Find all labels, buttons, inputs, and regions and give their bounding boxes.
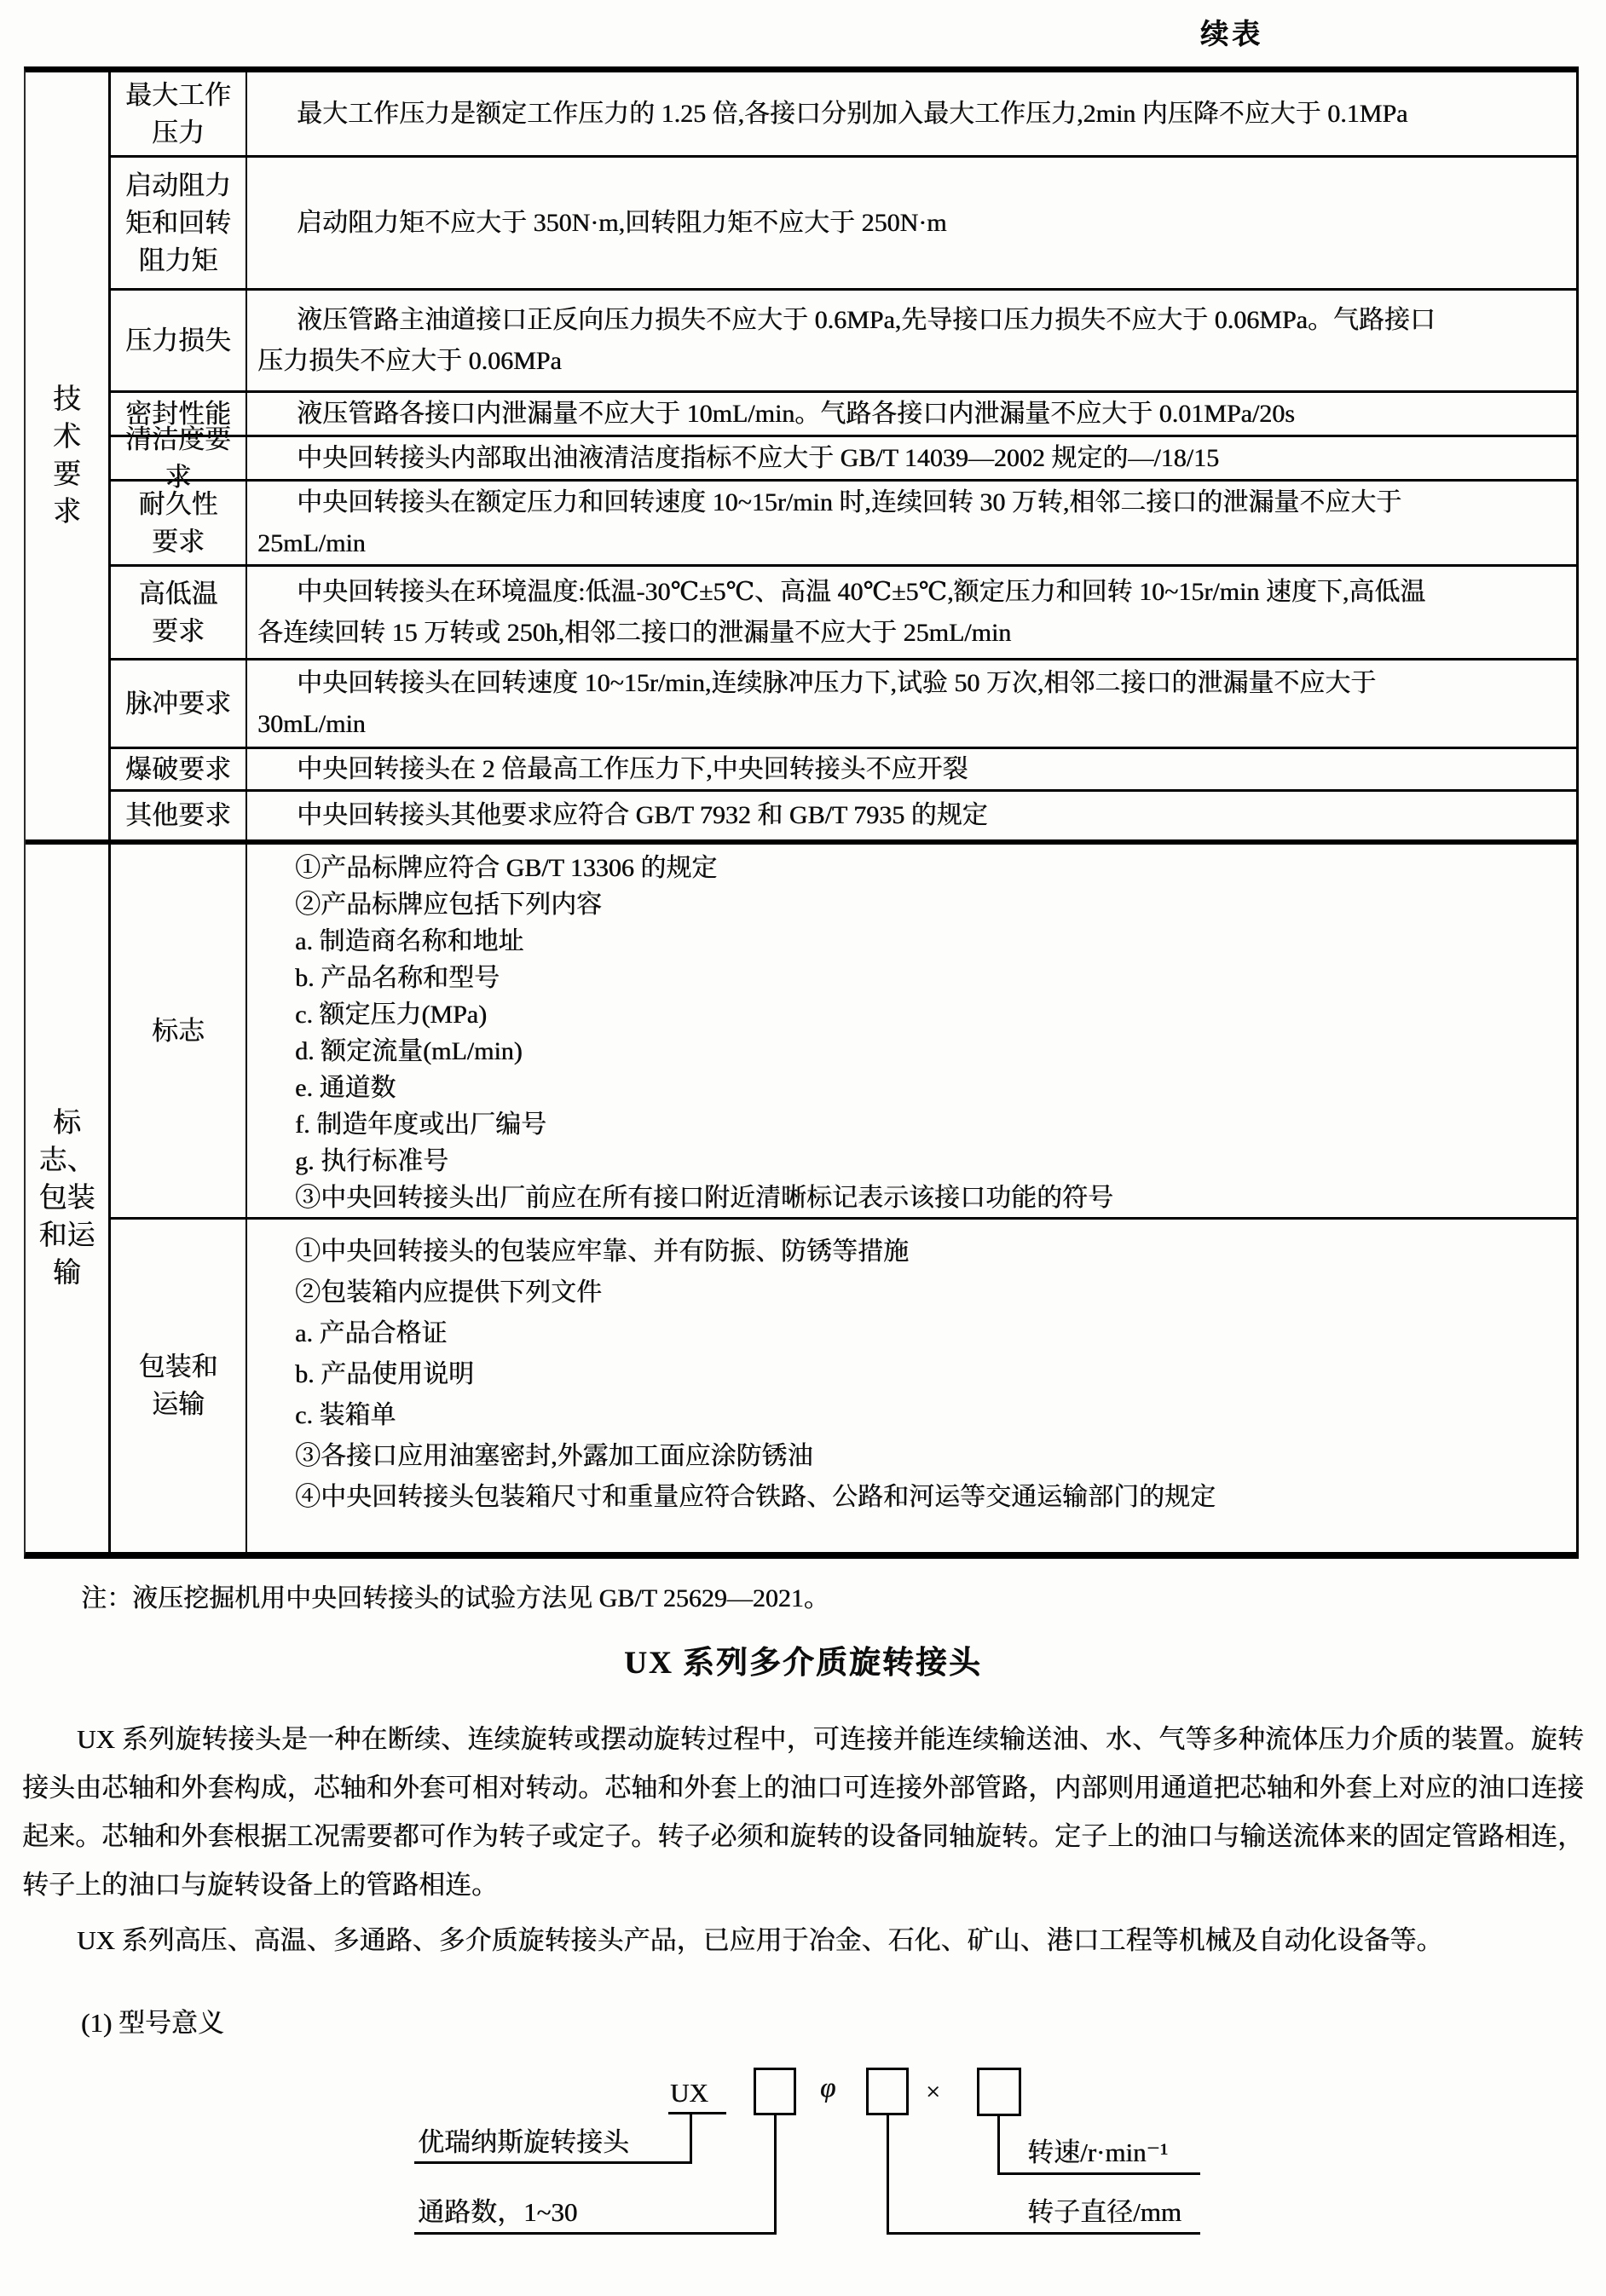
row-content: 最大工作压力是额定工作压力的 1.25 倍,各接口分别加入最大工作压力,2min… — [247, 72, 1576, 155]
row-content: ①中央回转接头的包装应牢靠、并有防振、防锈等措施 ②包装箱内应提供下列文件 a.… — [247, 1220, 1576, 1552]
technical-rows: 最大工作 压力 最大工作压力是额定工作压力的 1.25 倍,各接口分别加入最大工… — [111, 72, 1576, 839]
document-page: 续表 技 术 要 求 最大工作 压力 最大工作压力是额定工作压力的 1.25 倍… — [0, 0, 1606, 2296]
table-row: 密封性能 液压管路各接口内泄漏量不应大于 10mL/min。气路各接口内泄漏量不… — [111, 393, 1576, 437]
times-symbol: × — [926, 2078, 940, 2107]
rotor-diameter-underline — [887, 2232, 1200, 2235]
table-row: 脉冲要求 中央回转接头在回转速度 10~15r/min,连续脉冲压力下,试验 5… — [111, 661, 1576, 749]
row-content: 中央回转接头其他要求应符合 GB/T 7932 和 GB/T 7935 的规定 — [247, 792, 1576, 839]
page-title: UX 系列多介质旋转接头 — [0, 1636, 1606, 1682]
row-content: 中央回转接头在环境温度:低温-30℃±5℃、高温 40℃±5℃,额定压力和回转 … — [247, 567, 1576, 658]
speed-label: 转速/r·min⁻¹ — [1027, 2137, 1168, 2168]
row-label: 最大工作 压力 — [111, 72, 247, 155]
table-row: 其他要求 中央回转接头其他要求应符合 GB/T 7932 和 GB/T 7935… — [111, 792, 1576, 839]
channels-label: 通路数，1~30 — [418, 2197, 577, 2228]
spec-table: 技 术 要 求 最大工作 压力 最大工作压力是额定工作压力的 1.25 倍,各接… — [24, 66, 1579, 1559]
section-technical-requirements: 技 术 要 求 最大工作 压力 最大工作压力是额定工作压力的 1.25 倍,各接… — [26, 72, 1576, 845]
brand-label: 优瑞纳斯旋转接头 — [418, 2127, 629, 2158]
row-content: 中央回转接头内部取出油液清洁度指标不应大于 GB/T 14039—2002 规定… — [247, 437, 1576, 479]
speed-leader-line — [997, 2116, 1000, 2174]
phi-symbol: φ — [820, 2073, 835, 2104]
row-label: 爆破要求 — [111, 749, 247, 789]
channels-leader-line — [774, 2115, 777, 2235]
brand-underline — [414, 2161, 692, 2164]
table-row: 最大工作 压力 最大工作压力是额定工作压力的 1.25 倍,各接口分别加入最大工… — [111, 72, 1576, 158]
rotor-diameter-box — [866, 2068, 909, 2115]
row-content: 中央回转接头在 2 倍最高工作压力下,中央回转接头不应开裂 — [247, 749, 1576, 789]
row-content: ①产品标牌应符合 GB/T 13306 的规定 ②产品标牌应包括下列内容 a. … — [247, 845, 1576, 1217]
table-row: 清洁度要求 中央回转接头内部取出油液清洁度指标不应大于 GB/T 14039—2… — [111, 437, 1576, 482]
table-row: 压力损失 液压管路主油道接口正反向压力损失不应大于 0.6MPa,先导接口压力损… — [111, 291, 1576, 393]
table-row: 耐久性 要求 中央回转接头在额定压力和回转速度 10~15r/min 时,连续回… — [111, 482, 1576, 567]
row-label: 耐久性 要求 — [111, 482, 247, 564]
marking-rows: 标志 ①产品标牌应符合 GB/T 13306 的规定 ②产品标牌应包括下列内容 … — [111, 845, 1576, 1552]
model-meaning-label: (1) 型号意义 — [81, 2001, 224, 2039]
body-paragraph: UX 系列高压、高温、多通路、多介质旋转接头产品，已应用于冶金、石化、矿山、港口… — [22, 1916, 1584, 1964]
row-label: 标志 — [111, 845, 247, 1217]
brand-leader-line — [690, 2114, 692, 2163]
row-content: 中央回转接头在回转速度 10~15r/min,连续脉冲压力下,试验 50 万次,… — [247, 661, 1576, 747]
row-label: 启动阻力 矩和回转 阻力矩 — [111, 158, 247, 288]
section-marking-packing: 标志、 包装 和运 输 标志 ①产品标牌应符合 GB/T 13306 的规定 ②… — [26, 845, 1576, 1552]
row-label: 其他要求 — [111, 792, 247, 839]
body-paragraph: UX 系列旋转接头是一种在断续、连续旋转或摆动旋转过程中，可连接并能连续输送油、… — [22, 1715, 1584, 1909]
channels-underline — [414, 2232, 777, 2235]
channels-box — [754, 2068, 796, 2115]
prefix-underline — [668, 2112, 726, 2114]
section-side-label-technical: 技 术 要 求 — [26, 72, 111, 839]
rotor-diameter-label: 转子直径/mm — [1027, 2197, 1181, 2228]
model-prefix-text: UX — [670, 2078, 708, 2109]
row-content: 启动阻力矩不应大于 350N·m,回转阻力矩不应大于 250N·m — [247, 158, 1576, 288]
row-content: 液压管路主油道接口正反向压力损失不应大于 0.6MPa,先导接口压力损失不应大于… — [247, 291, 1576, 390]
table-row: 启动阻力 矩和回转 阻力矩 启动阻力矩不应大于 350N·m,回转阻力矩不应大于… — [111, 158, 1576, 291]
row-content: 中央回转接头在额定压力和回转速度 10~15r/min 时,连续回转 30 万转… — [247, 482, 1576, 564]
row-label: 脉冲要求 — [111, 661, 247, 747]
row-label: 包装和 运输 — [111, 1220, 247, 1552]
rotor-diameter-leader-line — [887, 2115, 889, 2235]
section-side-label-marking: 标志、 包装 和运 输 — [26, 845, 111, 1552]
row-label: 高低温 要求 — [111, 567, 247, 658]
table-row: 包装和 运输 ①中央回转接头的包装应牢靠、并有防振、防锈等措施 ②包装箱内应提供… — [111, 1220, 1576, 1552]
speed-box — [977, 2068, 1021, 2116]
row-label: 压力损失 — [111, 291, 247, 390]
continued-table-label: 续表 — [1200, 12, 1263, 52]
row-label: 清洁度要求 — [111, 437, 247, 479]
table-row: 标志 ①产品标牌应符合 GB/T 13306 的规定 ②产品标牌应包括下列内容 … — [111, 845, 1576, 1220]
table-row: 高低温 要求 中央回转接头在环境温度:低温-30℃±5℃、高温 40℃±5℃,额… — [111, 567, 1576, 661]
speed-underline — [997, 2172, 1200, 2175]
table-row: 爆破要求 中央回转接头在 2 倍最高工作压力下,中央回转接头不应开裂 — [111, 749, 1576, 792]
row-content: 液压管路各接口内泄漏量不应大于 10mL/min。气路各接口内泄漏量不应大于 0… — [247, 393, 1576, 435]
table-footnote: 注：液压挖掘机用中央回转接头的试验方法见 GB/T 25629—2021。 — [81, 1577, 829, 1614]
